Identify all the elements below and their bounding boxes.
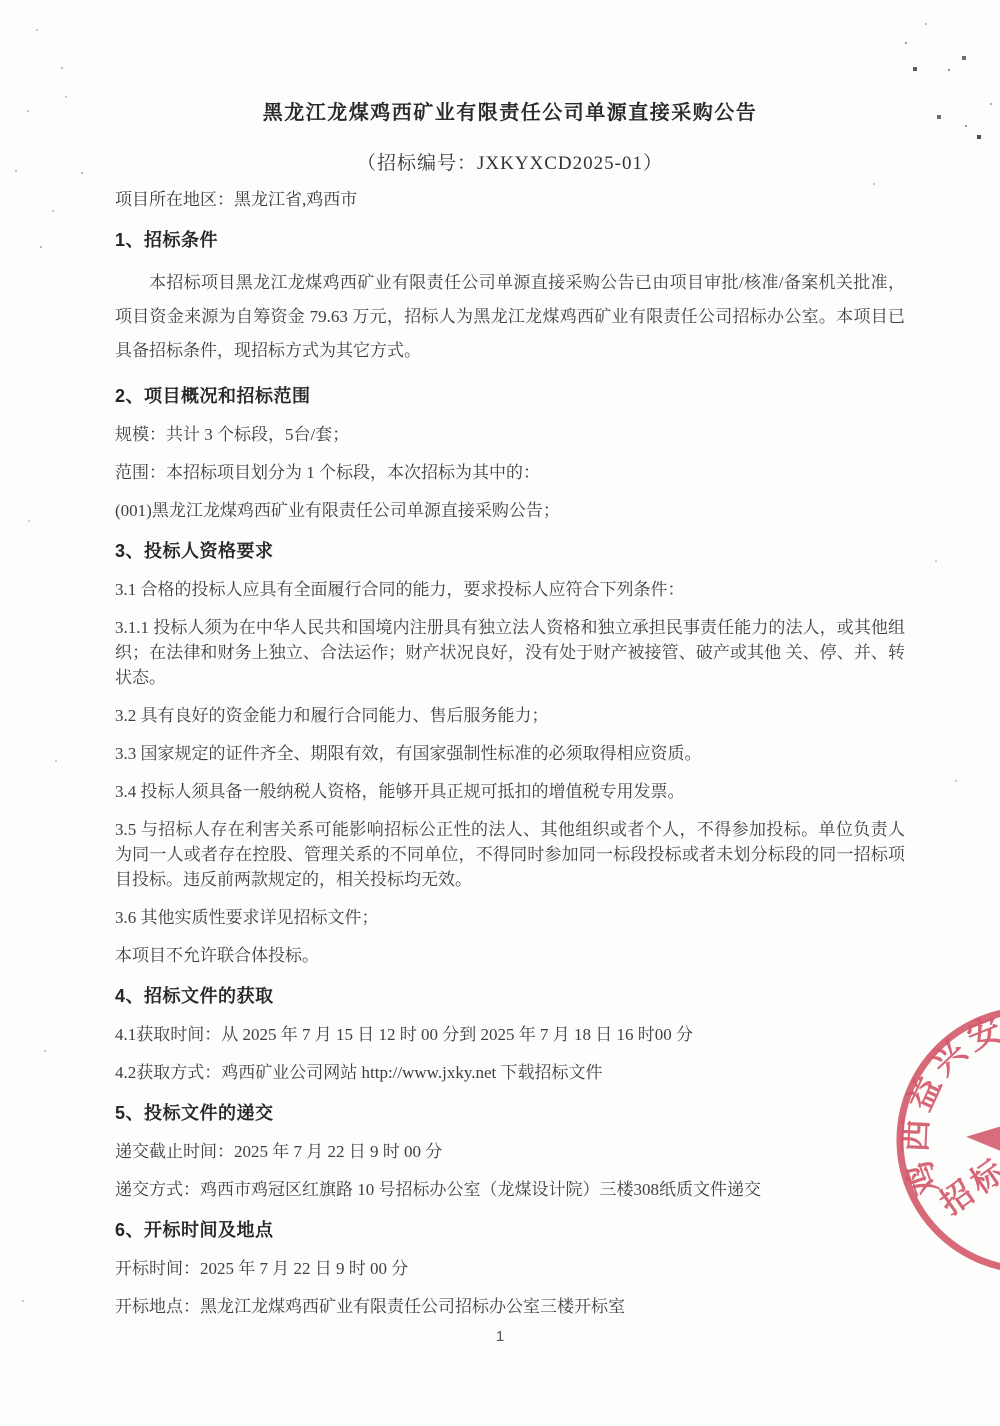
paragraph: 开标地点：黑龙江龙煤鸡西矿业有限责任公司招标办公室三楼开标室	[115, 1294, 905, 1319]
paragraph: 3.1 合格的投标人应具有全面履行合同的能力，要求投标人应符合下列条件：	[115, 577, 905, 602]
section-5-bid-submission: 5、投标文件的递交 递交截止时间：2025 年 7 月 22 日 9 时 00 …	[115, 1099, 905, 1202]
paragraph: 3.2 具有良好的资金能力和履行合同能力、售后服务能力；	[115, 703, 905, 728]
document-title: 黑龙江龙煤鸡西矿业有限责任公司单源直接采购公告	[115, 100, 905, 127]
paragraph: 3.4 投标人须具备一般纳税人资格，能够开具正规可抵扣的增值税专用发票。	[115, 779, 905, 804]
paragraph: 开标时间：2025 年 7 月 22 日 9 时 00 分	[115, 1256, 905, 1281]
paragraph: (001)黑龙江龙煤鸡西矿业有限责任公司单源直接采购公告；	[115, 498, 905, 523]
section-4-document-acquisition: 4、招标文件的获取 4.1获取时间：从 2025 年 7 月 15 日 12 时…	[115, 982, 905, 1085]
section-2-project-overview: 2、项目概况和招标范围 规模：共计 3 个标段，5台/套； 范围：本招标项目划分…	[115, 382, 905, 523]
svg-text:鸡西益兴安全: 鸡西益兴安全	[897, 1007, 1000, 1200]
paragraph: 本招标项目黑龙江龙煤鸡西矿业有限责任公司单源直接采购公告已由项目审批/核准/备案…	[115, 266, 905, 368]
section-heading: 3、投标人资格要求	[115, 537, 905, 565]
paragraph: 4.1获取时间：从 2025 年 7 月 15 日 12 时 00 分到 202…	[115, 1022, 905, 1047]
section-heading: 2、项目概况和招标范围	[115, 382, 905, 410]
document-page: 黑龙江龙煤鸡西矿业有限责任公司单源直接采购公告 （招标编号：JXKYXCD202…	[0, 0, 1000, 1426]
section-1-tender-conditions: 1、招标条件 本招标项目黑龙江龙煤鸡西矿业有限责任公司单源直接采购公告已由项目审…	[115, 226, 905, 368]
star-icon	[966, 1078, 1000, 1200]
section-3-bidder-qualifications: 3、投标人资格要求 3.1 合格的投标人应具有全面履行合同的能力，要求投标人应符…	[115, 537, 905, 968]
project-location: 项目所在地区：黑龙江省,鸡西市	[115, 187, 905, 212]
page-number: 1	[0, 1328, 1000, 1345]
paragraph: 范围：本招标项目划分为 1 个标段，本次招标为其中的：	[115, 460, 905, 485]
section-6-bid-opening: 6、开标时间及地点 开标时间：2025 年 7 月 22 日 9 时 00 分 …	[115, 1216, 905, 1319]
paragraph-with-url: 4.2获取方式：鸡西矿业公司网站 http://www.jxky.net 下载招…	[115, 1060, 905, 1085]
paragraph: 递交截止时间：2025 年 7 月 22 日 9 时 00 分	[115, 1139, 905, 1164]
section-heading: 1、招标条件	[115, 226, 905, 254]
section-heading: 5、投标文件的递交	[115, 1099, 905, 1127]
paragraph: 3.6 其他实质性要求详见招标文件；	[115, 905, 905, 930]
section-heading: 6、开标时间及地点	[115, 1216, 905, 1244]
paragraph: 3.3 国家规定的证件齐全、期限有效，有国家强制性标准的必须取得相应资质。	[115, 741, 905, 766]
section-heading: 4、招标文件的获取	[115, 982, 905, 1010]
scan-noise	[0, 0, 2, 2]
document-content: 黑龙江龙煤鸡西矿业有限责任公司单源直接采购公告 （招标编号：JXKYXCD202…	[115, 100, 905, 1332]
paragraph: 递交方式：鸡西市鸡冠区红旗路 10 号招标办公室（龙煤设计院）三楼308纸质文件…	[115, 1177, 905, 1202]
paragraph: 3.5 与招标人存在利害关系可能影响招标公正性的法人、其他组织或者个人，不得参加…	[115, 817, 905, 892]
paragraph: 3.1.1 投标人须为在中华人民共和国境内注册具有独立法人资格和独立承担民事责任…	[115, 615, 905, 690]
stamp-ring	[900, 1010, 1000, 1270]
paragraph: 本项目不允许联合体投标。	[115, 943, 905, 968]
stamp-label: 招标	[933, 1150, 1000, 1222]
stamp-arc-text: 鸡西益兴安全	[897, 1007, 1000, 1200]
tender-number: （招标编号：JXKYXCD2025-01）	[115, 151, 905, 177]
paragraph: 规模：共计 3 个标段，5台/套；	[115, 422, 905, 447]
